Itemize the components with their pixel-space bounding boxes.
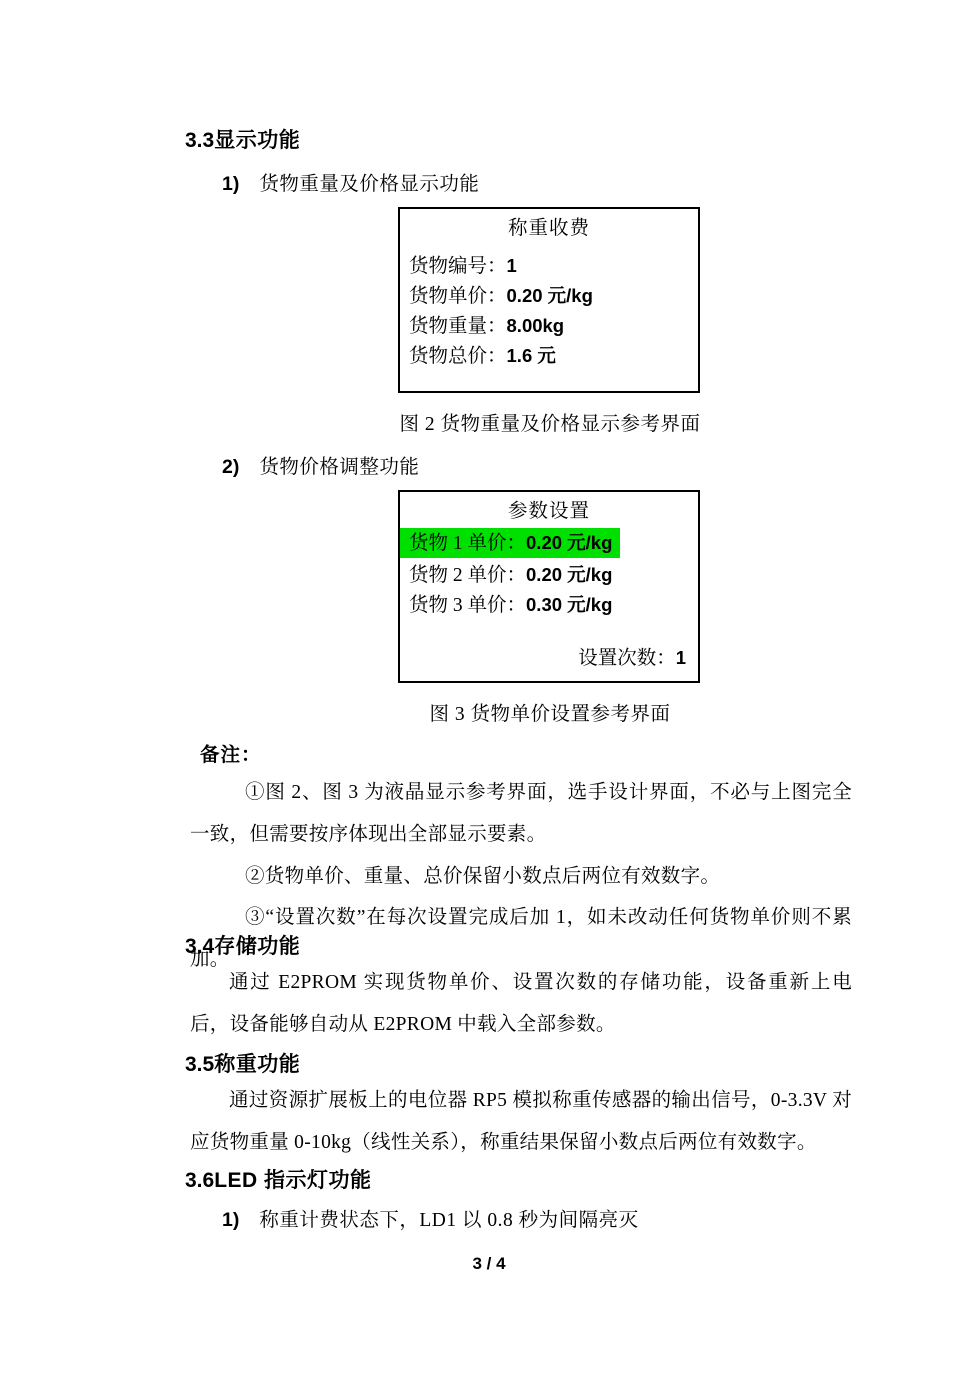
section-title: 显示功能 [214,129,300,152]
screen-row: 货物编号：1 [400,251,698,281]
settings-counter: 设置次数：1 [578,642,686,670]
param-row-highlighted: 货物 1 单价：0.20 元/kg [400,528,620,558]
list-item-text: 货物重量及价格显示功能 [259,174,479,195]
list-item-number: 1) [222,1209,239,1232]
row-value: 1.6 元 [507,345,556,366]
row-value: 0.20 元/kg [507,285,593,306]
row-label: 货物 2 单价： [409,565,526,586]
notes-label: 备注： [200,739,262,767]
section-number: 3.3 [185,129,214,152]
screen-row: 货物单价：0.20 元/kg [400,281,698,311]
row-label: 货物单价： [409,286,507,307]
row-label: 货物 3 单价： [409,595,526,616]
section-title: 存储功能 [214,935,300,958]
figure2-screen-box: 称重收费 货物编号：1 货物单价：0.20 元/kg 货物重量：8.00kg 货… [398,207,700,393]
param-row: 货物 1 单价：0.20 元/kg [400,528,698,558]
note-item-2: ②货物单价、重量、总价保留小数点后两位有效数字。 [190,856,852,898]
section-heading-3-5: 3.5称重功能 [185,1048,300,1078]
counter-label: 设置次数： [578,648,676,669]
section-3-5-body: 通过资源扩展板上的电位器 RP5 模拟称重传感器的输出信号，0-3.3V 对应货… [190,1080,852,1164]
section-3-4-body: 通过 E2PROM 实现货物单价、设置次数的存储功能，设备重新上电后，设备能够自… [190,962,852,1046]
figure3-screen-box: 参数设置 货物 1 单价：0.20 元/kg 货物 2 单价：0.20 元/kg… [398,490,700,683]
section-heading-3-3: 3.3显示功能 [185,124,300,154]
section-heading-3-4: 3.4存储功能 [185,930,300,960]
counter-value: 1 [676,647,686,668]
list-item-text: 货物价格调整功能 [259,457,419,478]
row-label: 货物 1 单价： [409,533,526,554]
section-number: 3.4 [185,935,214,958]
row-value: 1 [507,255,517,276]
list-item-number: 1) [222,173,239,196]
row-value: 0.20 元/kg [526,564,612,585]
page-number: 3 / 4 [0,1254,978,1274]
list-item-display-2: 2)货物价格调整功能 [222,451,419,479]
list-item-display-1: 1)货物重量及价格显示功能 [222,168,479,196]
document-page: 3.3显示功能 1)货物重量及价格显示功能 称重收费 货物编号：1 货物单价：0… [0,0,978,1398]
section-number: 3.5 [185,1053,214,1076]
section-title: 称重功能 [214,1053,300,1076]
row-label: 货物重量： [409,316,507,337]
param-row: 货物 3 单价：0.30 元/kg [400,590,698,620]
list-item-text: 称重计费状态下，LD1 以 0.8 秒为间隔亮灭 [259,1210,638,1231]
screen-row: 货物总价：1.6 元 [400,341,698,371]
param-row: 货物 2 单价：0.20 元/kg [400,560,698,590]
row-value: 8.00kg [507,315,565,336]
note-item-1: ①图 2、图 3 为液晶显示参考界面，选手设计界面，不必与上图完全一致，但需要按… [190,772,852,856]
section-number: 3.6 [185,1169,214,1192]
row-label: 货物总价： [409,346,507,367]
list-item-led-1: 1)称重计费状态下，LD1 以 0.8 秒为间隔亮灭 [222,1204,639,1232]
screen-title: 称重收费 [400,218,698,240]
section-heading-3-6: 3.6LED 指示灯功能 [185,1164,372,1194]
row-value: 0.20 元/kg [526,532,612,553]
list-item-number: 2) [222,456,239,479]
screen-row: 货物重量：8.00kg [400,311,698,341]
figure2-caption: 图 2 货物重量及价格显示参考界面 [370,408,730,436]
figure3-caption: 图 3 货物单价设置参考界面 [370,698,730,726]
row-value: 0.30 元/kg [526,594,612,615]
row-label: 货物编号： [409,256,507,277]
section-title: LED 指示灯功能 [214,1169,371,1192]
screen-title: 参数设置 [400,501,698,523]
